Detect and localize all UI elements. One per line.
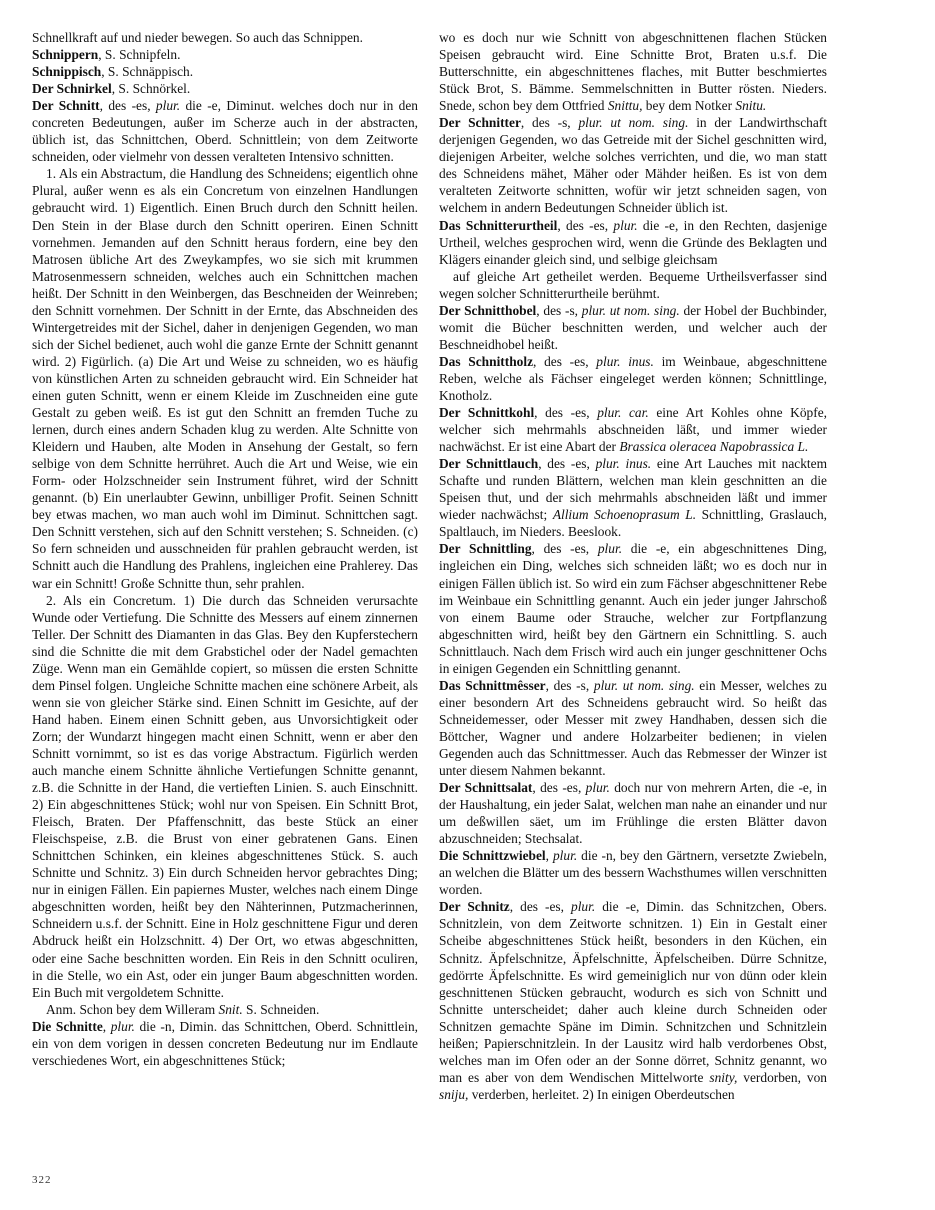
- continued-text: wo es doch nur wie Schnitt von abgeschni…: [439, 29, 827, 114]
- dictionary-page: Schnellkraft auf und nieder bewegen. So …: [0, 0, 935, 1210]
- body-text: , S. Schnipfeln.: [98, 47, 180, 62]
- italic-term: plur.: [111, 1019, 135, 1034]
- italic-term: Snit.: [219, 1002, 243, 1017]
- italic-term: plur. ut nom. sing.: [582, 303, 680, 318]
- headword: Der Schnitthobel: [439, 303, 536, 318]
- italic-term: plur. inus.: [596, 456, 652, 471]
- body-text: bey dem Notker: [642, 98, 735, 113]
- headword: Die Schnittzwiebel: [439, 848, 546, 863]
- body-text: in der Landwirth­schaft derjenigen Gegen…: [439, 115, 827, 215]
- headword: Schnippisch: [32, 64, 101, 79]
- page-number: 322: [32, 1172, 52, 1189]
- dictionary-entry: Schnippisch, S. Schnäppisch.: [32, 63, 418, 80]
- headword: Der Schnitt: [32, 98, 100, 113]
- continued-text: Schnellkraft auf und nieder bewegen. So …: [32, 29, 418, 46]
- headword: Der Schnitter: [439, 115, 521, 130]
- italic-term: plur.: [571, 899, 595, 914]
- sense-paragraph: 2. Als ein Concretum. 1) Die durch das S…: [32, 592, 418, 1001]
- headword: Der Schnittlauch: [439, 456, 538, 471]
- italic-term: Brassica oleracea Napobrassica L.: [619, 439, 808, 454]
- italic-term: plur.: [598, 541, 622, 556]
- headword: Der Schnirkel: [32, 81, 112, 96]
- left-column: Schnellkraft auf und nieder bewegen. So …: [32, 29, 418, 1069]
- headword: Schnippern: [32, 47, 98, 62]
- body-text: auf gleiche Art getheilet werden. Bequem…: [439, 269, 827, 301]
- italic-term: Snitu.: [735, 98, 766, 113]
- italic-term: plur. ut nom. sing.: [594, 678, 695, 693]
- body-text: , des -es,: [510, 899, 571, 914]
- dictionary-entry: Der Schnirkel, S. Schnörkel.: [32, 80, 418, 97]
- dictionary-entry: Die Schnitte, plur. die -n, Dimin. das S…: [32, 1018, 418, 1069]
- dictionary-entry: Das Schnittmêsser, des -s, plur. ut nom.…: [439, 677, 827, 779]
- sense-paragraph: 1. Als ein Abstractum, die Handlung des …: [32, 165, 418, 591]
- italic-term: Allium Schoenoprasum L.: [553, 507, 696, 522]
- headword: Der Schnittkohl: [439, 405, 534, 420]
- body-text: , des -es,: [100, 98, 156, 113]
- body-text: , des -es,: [532, 541, 598, 556]
- body-text: verdorben, von: [737, 1070, 827, 1085]
- body-text: die -e, Dimin. das Schnitzchen, Obers. S…: [439, 899, 827, 1084]
- body-text: ,: [103, 1019, 111, 1034]
- body-text: , des -es,: [532, 780, 585, 795]
- headword: Das Schnittmêsser: [439, 678, 546, 693]
- dictionary-entry: Schnippern, S. Schnipfeln.: [32, 46, 418, 63]
- headword: Der Schnittsalat: [439, 780, 532, 795]
- dictionary-entry: Der Schnitz, des -es, plur. die -e, Dimi…: [439, 898, 827, 1103]
- headword: Der Schnittling: [439, 541, 532, 556]
- body-text: , S. Schnäppisch.: [101, 64, 193, 79]
- dictionary-entry: Der Schnitter, des -s, plur. ut nom. sin…: [439, 114, 827, 216]
- sense-paragraph: Anm. Schon bey dem Willeram Snit. S. Sch…: [32, 1001, 418, 1018]
- italic-term: plur.: [553, 848, 577, 863]
- dictionary-entry: Das Schnitterurtheil, des -es, plur. die…: [439, 217, 827, 268]
- dictionary-entry: Die Schnittzwiebel, plur. die -n, bey de…: [439, 847, 827, 898]
- dictionary-entry: Der Schnittlauch, des -es, plur. inus. e…: [439, 455, 827, 540]
- body-text: , des -es,: [533, 354, 596, 369]
- right-column: wo es doch nur wie Schnitt von abgeschni…: [439, 29, 827, 1103]
- body-text: , des -s,: [536, 303, 582, 318]
- headword: Die Schnitte: [32, 1019, 103, 1034]
- body-text: ,: [546, 848, 553, 863]
- body-text: , des -es,: [534, 405, 597, 420]
- body-text: , des -s,: [546, 678, 594, 693]
- italic-term: plur. car.: [597, 405, 649, 420]
- italic-term: plur.: [586, 780, 610, 795]
- headword: Das Schnittholz: [439, 354, 533, 369]
- italic-term: snity,: [709, 1070, 737, 1085]
- body-text: , des -es,: [538, 456, 595, 471]
- body-text: , des -es,: [557, 218, 613, 233]
- dictionary-entry: Der Schnittsalat, des -es, plur. doch nu…: [439, 779, 827, 847]
- italic-term: plur.: [156, 98, 180, 113]
- sense-paragraph: auf gleiche Art getheilet werden. Bequem…: [439, 268, 827, 302]
- dictionary-entry: Das Schnittholz, des -es, plur. inus. im…: [439, 353, 827, 404]
- body-text: , S. Schnörkel.: [112, 81, 190, 96]
- italic-term: plur. inus.: [596, 354, 654, 369]
- dictionary-entry: Der Schnitthobel, des -s, plur. ut nom. …: [439, 302, 827, 353]
- italic-term: sniju,: [439, 1087, 468, 1102]
- dictionary-entry: Der Schnittkohl, des -es, plur. car. ein…: [439, 404, 827, 455]
- body-text: 1. Als ein Abstractum, die Handlung des …: [32, 166, 418, 590]
- body-text: 2. Als ein Concretum. 1) Die durch das S…: [32, 593, 418, 1000]
- italic-term: Snittu,: [608, 98, 643, 113]
- headword: Der Schnitz: [439, 899, 510, 914]
- headword: Das Schnitterurtheil: [439, 218, 557, 233]
- body-text: , des -s,: [521, 115, 579, 130]
- dictionary-entry: Der Schnitt, des -es, plur. die -e, Dimi…: [32, 97, 418, 165]
- body-text: die -e, ein abgeschnittenes Ding, inglei…: [439, 541, 827, 675]
- body-text: S. Schneiden.: [243, 1002, 320, 1017]
- italic-term: plur. ut nom. sing.: [578, 115, 688, 130]
- body-text: Schnellkraft auf und nieder bewegen. So …: [32, 30, 363, 45]
- body-text: verderben, herleitet. 2) In einigen Ober…: [468, 1087, 734, 1102]
- body-text: Anm. Schon bey dem Willeram: [46, 1002, 219, 1017]
- italic-term: plur.: [613, 218, 637, 233]
- dictionary-entry: Der Schnittling, des -es, plur. die -e, …: [439, 540, 827, 676]
